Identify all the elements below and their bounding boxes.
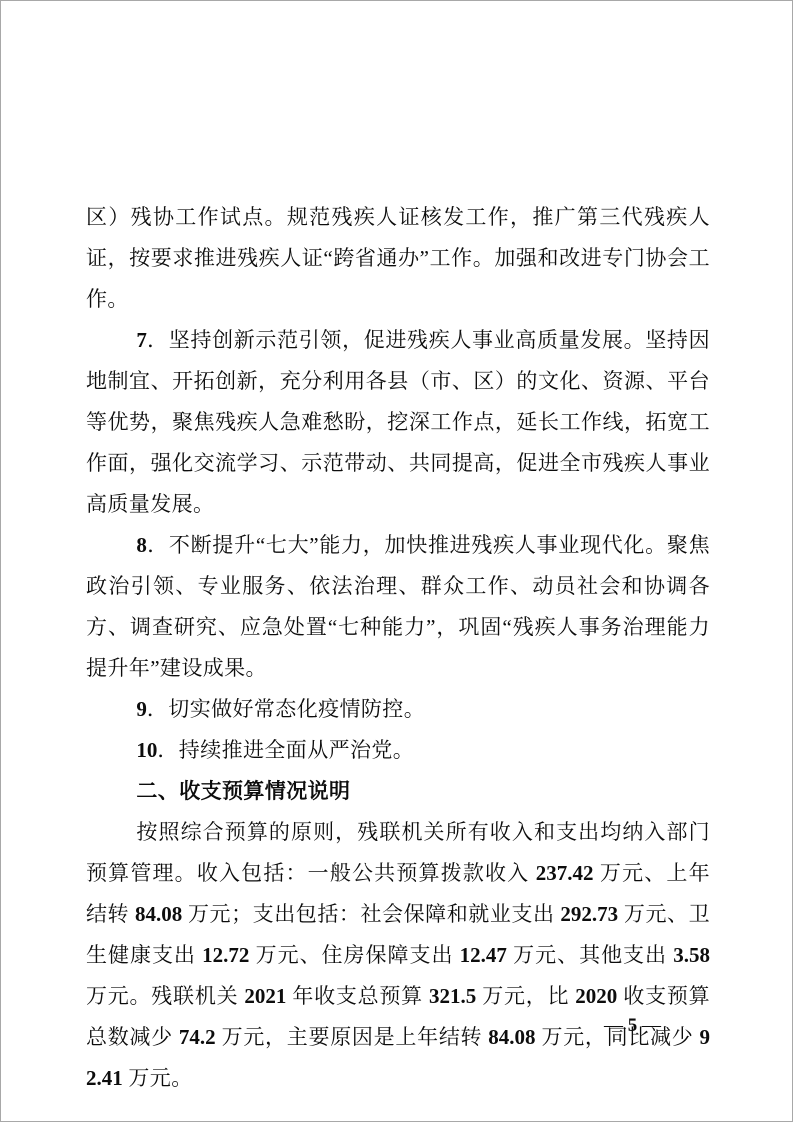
paragraph: 8．不断提升“七大”能力，加快推进残疾人事业现代化。聚焦政治引领、专业服务、依法… <box>86 525 710 689</box>
text-run: 万元、其他支出 <box>507 943 673 967</box>
numeric-value: 2020 <box>575 984 617 1008</box>
text-run: 年收支总预算 <box>286 984 429 1008</box>
text-run: 区）残协工作试点。规范残疾人证核发工作，推广第三代残疾人证，按要求推进残疾人证“… <box>86 205 710 311</box>
text-run: 万元，主要原因是上年结转 <box>216 1025 489 1049</box>
numeric-value: 3.58 <box>673 943 710 967</box>
numeric-value: 74.2 <box>179 1025 216 1049</box>
text-run: ．不断提升“七大”能力，加快推进残疾人事业现代化。聚焦政治引领、专业服务、依法治… <box>86 533 710 680</box>
section-heading: 二、收支预算情况说明 <box>86 771 710 812</box>
text-run: ．持续推进全面从严治党。 <box>157 738 414 762</box>
text-run: 万元；支出包括：社会保障和就业支出 <box>182 902 560 926</box>
text-run: ．切实做好常态化疫情防控。 <box>147 697 425 721</box>
numeric-value: 84.08 <box>488 1025 535 1049</box>
text-run: 二、收支预算情况说明 <box>136 780 350 803</box>
text-run: ．坚持创新示范引领，促进残疾人事业高质量发展。坚持因地制宜、开拓创新，充分利用各… <box>86 328 710 516</box>
numeric-value: 10 <box>136 738 157 762</box>
numeric-value: 12.47 <box>460 943 507 967</box>
page-number-prefix: — <box>604 1015 628 1036</box>
text-run: 万元。残联机关 <box>86 984 244 1008</box>
numeric-value: 237.42 <box>536 861 594 885</box>
paragraph: 7．坚持创新示范引领，促进残疾人事业高质量发展。坚持因地制宜、开拓创新，充分利用… <box>86 320 710 525</box>
numeric-value: 12.72 <box>202 943 249 967</box>
paragraph: 10．持续推进全面从严治党。 <box>86 730 710 771</box>
numeric-value: 7 <box>136 328 147 352</box>
text-run: 万元、住房保障支出 <box>249 943 459 967</box>
paragraph: 按照综合预算的原则，残联机关所有收入和支出均纳入部门预算管理。收入包括：一般公共… <box>86 812 710 1099</box>
text-run: 万元。 <box>123 1066 193 1090</box>
document-page: 区）残协工作试点。规范残疾人证核发工作，推广第三代残疾人证，按要求推进残疾人证“… <box>0 0 793 1122</box>
text-run: 万元，比 <box>476 984 575 1008</box>
document-body: 区）残协工作试点。规范残疾人证核发工作，推广第三代残疾人证，按要求推进残疾人证“… <box>86 197 710 1099</box>
page-number: 5 <box>628 1015 638 1036</box>
numeric-value: 84.08 <box>135 902 182 926</box>
paragraph: 区）残协工作试点。规范残疾人证核发工作，推广第三代残疾人证，按要求推进残疾人证“… <box>86 197 710 320</box>
numeric-value: 9 <box>136 697 147 721</box>
paragraph: 9．切实做好常态化疫情防控。 <box>86 689 710 730</box>
numeric-value: 8 <box>136 533 147 557</box>
numeric-value: 292.73 <box>560 902 618 926</box>
numeric-value: 321.5 <box>429 984 476 1008</box>
page-footer: — 5 — <box>604 1014 661 1038</box>
numeric-value: 2021 <box>244 984 286 1008</box>
page-number-suffix: — <box>637 1015 661 1036</box>
